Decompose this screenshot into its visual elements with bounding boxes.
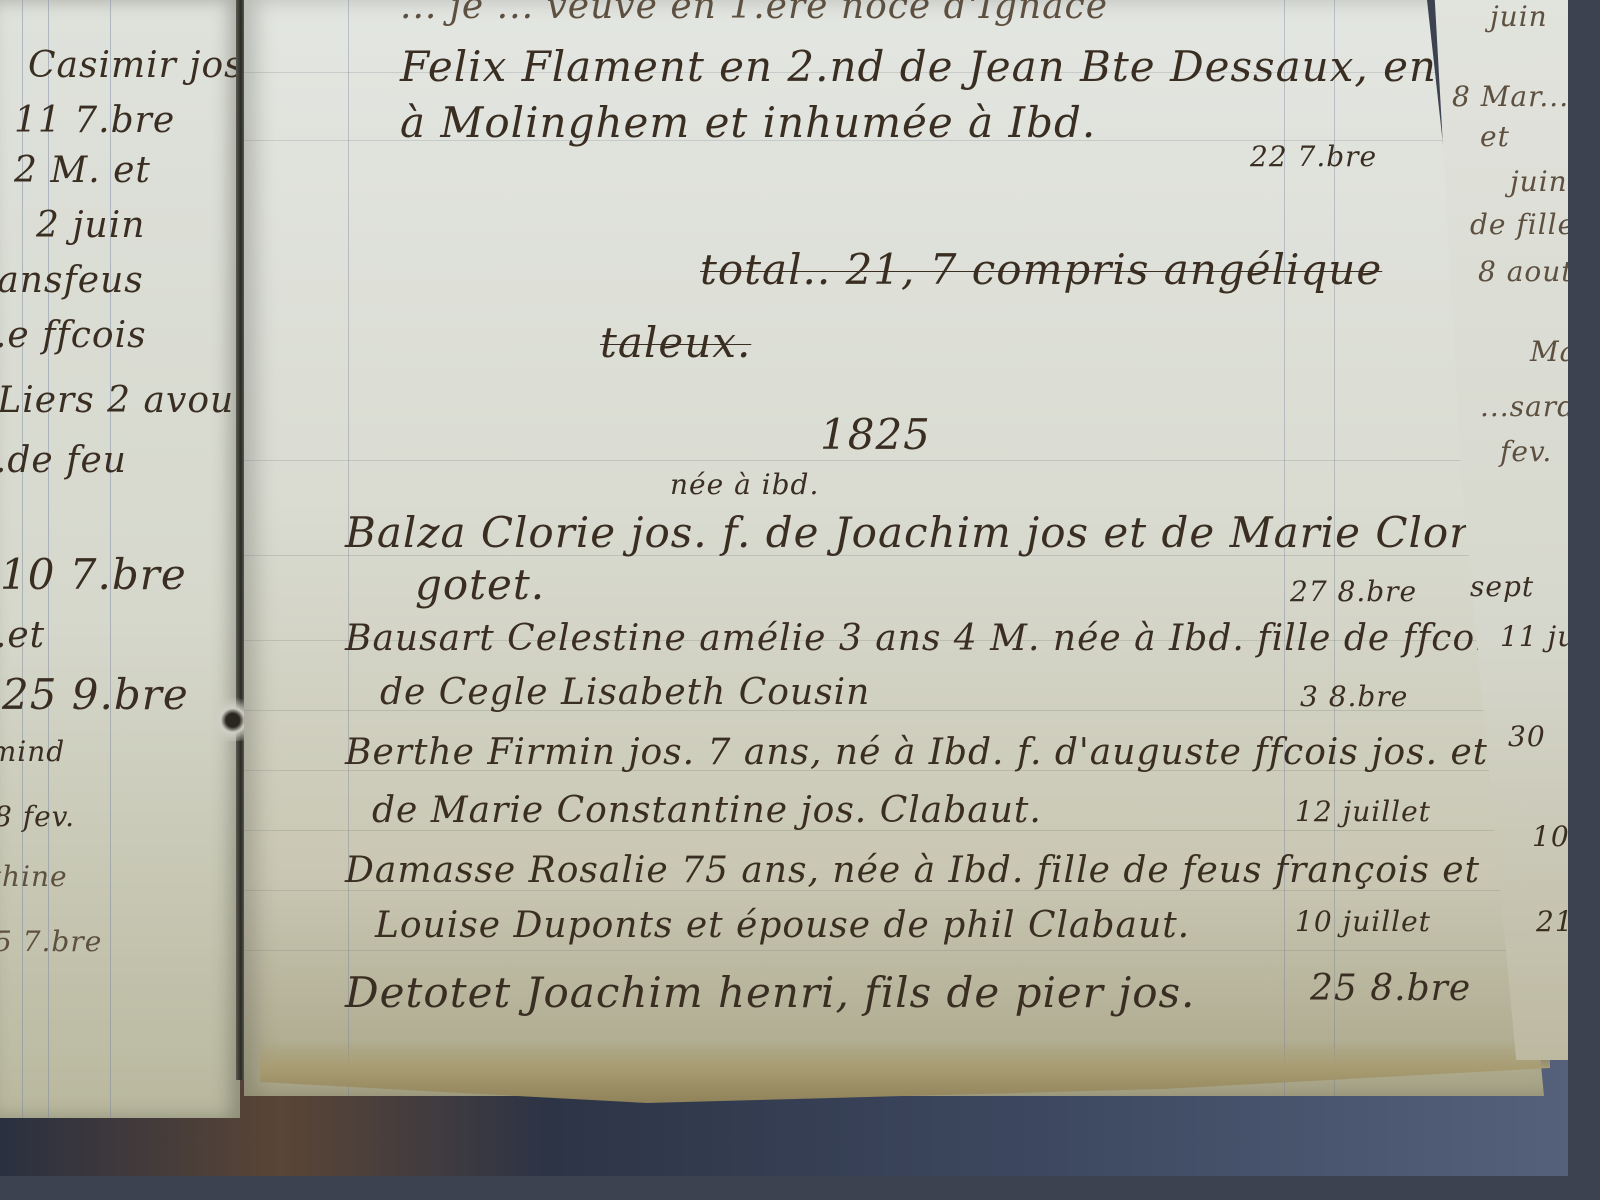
entry-text-top: ... je ... veuve en 1.ere noce d'Ignace <box>400 0 1108 27</box>
right-fragment: 8 aout <box>1478 255 1568 288</box>
right-fragment: et <box>1480 120 1510 153</box>
right-fragment: Ma... <box>1530 335 1568 368</box>
line-rule <box>244 950 1544 951</box>
register-photo: Casimir jos. 11 7.bre 2 M. et 2 juin ...… <box>0 0 1568 1176</box>
entry-line: de Marie Constantine jos. Clabaut. <box>372 790 1042 831</box>
left-fragment: 2 M. et <box>14 150 151 191</box>
entry-date: 25 8.bre <box>1310 968 1471 1009</box>
entry-line: de Cegle Lisabeth Cousin <box>380 672 870 713</box>
left-fragment: Casimir jos. <box>28 45 256 86</box>
left-fragment: ...thine <box>0 860 68 893</box>
left-fragment: 10 7.bre <box>0 550 187 599</box>
paper-tear <box>210 695 248 741</box>
entry-date: 22 7.bre <box>1250 140 1377 173</box>
entry-date: 27 8.bre <box>1290 575 1417 608</box>
left-fragment: 25 9.bre <box>2 670 189 719</box>
line-rule <box>244 460 1544 461</box>
entry-text-top: à Molinghem et inhumée à Ibd. <box>400 98 1096 147</box>
entry-line: Damasse Rosalie 75 ans, née à Ibd. fille… <box>345 850 1480 891</box>
entry-line: Detotet Joachim henri, fils de pier jos. <box>345 968 1195 1017</box>
right-fragment: 30 <box>1508 720 1546 753</box>
left-fragment: ...e ffcois <box>0 315 147 356</box>
entry-date: 10 juillet <box>1295 905 1431 938</box>
right-fragment: 11 ju... <box>1500 620 1568 653</box>
entry-date: 3 8.bre <box>1300 680 1408 713</box>
right-fragment: 21 <box>1536 905 1568 938</box>
entry-line: Louise Duponts et épouse de phil Clabaut… <box>375 905 1190 946</box>
left-fragment: ...de feu <box>0 440 127 481</box>
entry-annotation: née à ibd. <box>670 468 819 501</box>
left-page: Casimir jos. 11 7.bre 2 M. et 2 juin ...… <box>0 0 240 1118</box>
entry-line: Berthe Firmin jos. 7 ans, né à Ibd. f. d… <box>345 732 1488 773</box>
left-fragment: 8 fev. <box>0 800 75 833</box>
total-line-continued: taleux. <box>600 318 751 367</box>
right-fragment: juin <box>1510 165 1568 198</box>
right-fragment: fev. <box>1500 435 1552 468</box>
left-fragment: ...mind <box>0 735 65 768</box>
right-fragment: ...sard <box>1480 390 1568 423</box>
left-fragment: 11 7.bre <box>14 100 175 141</box>
right-fragment: de fille d... <box>1470 208 1568 241</box>
entry-date: 12 juillet <box>1295 795 1431 828</box>
right-fragment: sept <box>1470 570 1534 603</box>
left-fragment: ...ansfeus <box>0 260 144 301</box>
left-fragment: 5 7.bre <box>0 925 102 958</box>
right-fragment: 8 Mar... <box>1452 80 1568 113</box>
entry-text-top: Felix Flament en 2.nd de Jean Bte Dessau… <box>400 42 1568 91</box>
left-fragment: 2 juin <box>36 205 145 246</box>
left-fragment: ...Liers 2 avout <box>0 380 250 421</box>
entry-line: Bausart Celestine amélie 3 ans 4 M. née … <box>345 618 1568 659</box>
right-fragment: juin <box>1490 0 1548 33</box>
left-fragment: ...et <box>0 615 45 656</box>
total-line: total.. 21, 7 compris angélique <box>700 245 1382 294</box>
entry-line: gotet. <box>415 560 545 609</box>
right-fragment: 10 <box>1532 820 1568 853</box>
year-heading: 1825 <box>820 410 931 459</box>
entry-line: Balza Clorie jos. f. de Joachim jos et d… <box>345 508 1568 557</box>
